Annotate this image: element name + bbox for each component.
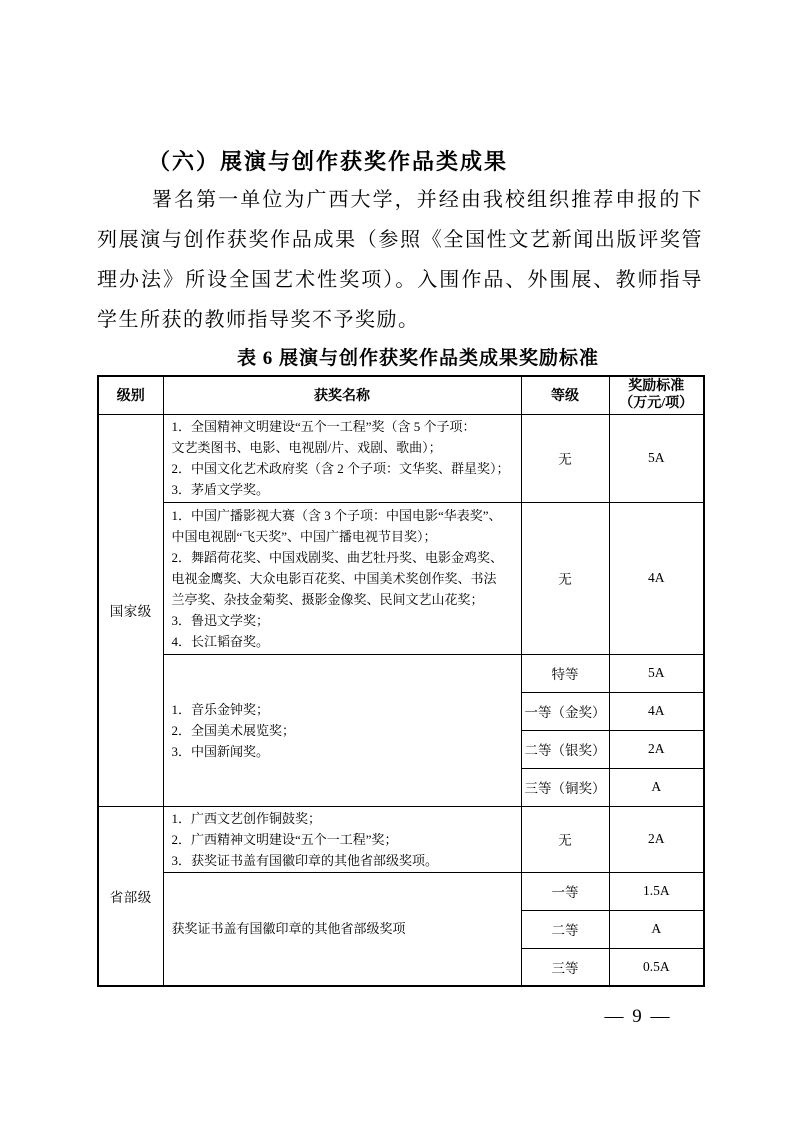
award-line: 电视金鹰奖、大众电影百花奖、中国美术奖创作奖、书法 — [172, 568, 513, 589]
award-line: 4．长江韬奋奖。 — [172, 631, 513, 652]
provincial-row2-grade-cell-2: 三等 — [521, 948, 609, 986]
col-header-reward-line1: 奖励标准 — [610, 378, 704, 395]
col-header-reward: 奖励标准 （万元/项） — [609, 376, 704, 414]
award-line: 兰亭奖、杂技金菊奖、摄影金像奖、民间文艺山花奖； — [172, 589, 513, 610]
provincial-row2-reward-cell-0: 1.5A — [609, 872, 704, 910]
document-page: （六）展演与创作获奖作品类成果 署名第一单位为广西大学，并经由我校组织推荐申报的… — [0, 0, 793, 1122]
section-heading: （六）展演与创作获奖作品类成果 — [148, 145, 508, 176]
national-row3-grade-cell-3: 三等（铜奖） — [521, 768, 609, 806]
award-line: 2．全国美术展览奖； — [172, 720, 513, 741]
award-line: 中国电视剧“飞天奖”、中国广播电视节目奖）； — [172, 526, 513, 547]
award-line: 2．广西精神文明建设“五个一工程”奖； — [172, 829, 513, 850]
award-line: 1．中国广播影视大赛（含 3 个子项：中国电影“华表奖”、 — [172, 505, 513, 526]
provincial-row2-reward-cell-2: 0.5A — [609, 948, 704, 986]
national-row3-reward-cell-1: 4A — [609, 692, 704, 730]
col-header-award: 获奖名称 — [163, 376, 521, 414]
national-row2-grade-cell: 无 — [521, 502, 609, 654]
national-row1-grade-cell: 无 — [521, 414, 609, 502]
table-row: 1．音乐金钟奖； 2．全国美术展览奖； 3．中国新闻奖。 特等 5A — [98, 654, 704, 692]
national-row3-reward-cell-2: 2A — [609, 730, 704, 768]
col-header-grade: 等级 — [521, 376, 609, 414]
national-row1-award-cell: 1．全国精神文明建设“五个一工程”奖（含 5 个子项： 文艺类图书、电影、电视剧… — [163, 414, 521, 502]
award-line: 2．舞蹈荷花奖、中国戏剧奖、曲艺牡丹奖、电影金鸡奖、 — [172, 547, 513, 568]
provincial-row1-grade-cell: 无 — [521, 806, 609, 872]
provincial-row1-reward-cell: 2A — [609, 806, 704, 872]
award-line: 1．全国精神文明建设“五个一工程”奖（含 5 个子项： — [172, 416, 513, 437]
national-row3-grade-cell-1: 一等（金奖） — [521, 692, 609, 730]
provincial-row2-grade-cell-1: 二等 — [521, 910, 609, 948]
table-row: 省部级 1．广西文艺创作铜鼓奖； 2．广西精神文明建设“五个一工程”奖； 3．获… — [98, 806, 704, 872]
table-row: 国家级 1．全国精神文明建设“五个一工程”奖（含 5 个子项： 文艺类图书、电影… — [98, 414, 704, 502]
national-row3-award-cell: 1．音乐金钟奖； 2．全国美术展览奖； 3．中国新闻奖。 — [163, 654, 521, 806]
national-row2-award-cell: 1．中国广播影视大赛（含 3 个子项：中国电影“华表奖”、 中国电视剧“飞天奖”… — [163, 502, 521, 654]
col-header-level: 级别 — [98, 376, 163, 414]
award-line: 获奖证书盖有国徽印章的其他省部级奖项 — [172, 918, 513, 939]
award-line: 文艺类图书、电影、电视剧/片、戏剧、歌曲）； — [172, 437, 513, 458]
level-cell-national: 国家级 — [98, 414, 163, 806]
national-row2-reward-cell: 4A — [609, 502, 704, 654]
col-header-reward-line2: （万元/项） — [610, 395, 704, 412]
national-row1-reward-cell: 5A — [609, 414, 704, 502]
level-cell-provincial: 省部级 — [98, 806, 163, 986]
national-row3-reward-cell-0: 5A — [609, 654, 704, 692]
table-row: 获奖证书盖有国徽印章的其他省部级奖项 一等 1.5A — [98, 872, 704, 910]
national-row3-grade-cell-0: 特等 — [521, 654, 609, 692]
body-paragraph: 署名第一单位为广西大学，并经由我校组织推荐申报的下列展演与创作获奖作品成果（参照… — [97, 180, 703, 340]
page-number: — 9 — — [563, 1006, 713, 1028]
table-title: 表 6 展演与创作获奖作品类成果奖励标准 — [115, 343, 721, 370]
award-line: 3．鲁迅文学奖； — [172, 610, 513, 631]
national-row3-grade-cell-2: 二等（银奖） — [521, 730, 609, 768]
provincial-row2-award-cell: 获奖证书盖有国徽印章的其他省部级奖项 — [163, 872, 521, 986]
provincial-row2-reward-cell-1: A — [609, 910, 704, 948]
table-row: 1．中国广播影视大赛（含 3 个子项：中国电影“华表奖”、 中国电视剧“飞天奖”… — [98, 502, 704, 654]
award-table: 级别 获奖名称 等级 奖励标准 （万元/项） 国家级 1．全国精神文明建设“五个… — [97, 375, 705, 987]
national-row3-reward-cell-3: A — [609, 768, 704, 806]
award-line: 3．茅盾文学奖。 — [172, 479, 513, 500]
award-line: 3．获奖证书盖有国徽印章的其他省部级奖项。 — [172, 850, 513, 871]
award-line: 3．中国新闻奖。 — [172, 741, 513, 762]
table-header-row: 级别 获奖名称 等级 奖励标准 （万元/项） — [98, 376, 704, 414]
provincial-row1-award-cell: 1．广西文艺创作铜鼓奖； 2．广西精神文明建设“五个一工程”奖； 3．获奖证书盖… — [163, 806, 521, 872]
award-line: 2．中国文化艺术政府奖（含 2 个子项：文华奖、群星奖）； — [172, 458, 513, 479]
award-line: 1．音乐金钟奖； — [172, 699, 513, 720]
award-line: 1．广西文艺创作铜鼓奖； — [172, 808, 513, 829]
provincial-row2-grade-cell-0: 一等 — [521, 872, 609, 910]
